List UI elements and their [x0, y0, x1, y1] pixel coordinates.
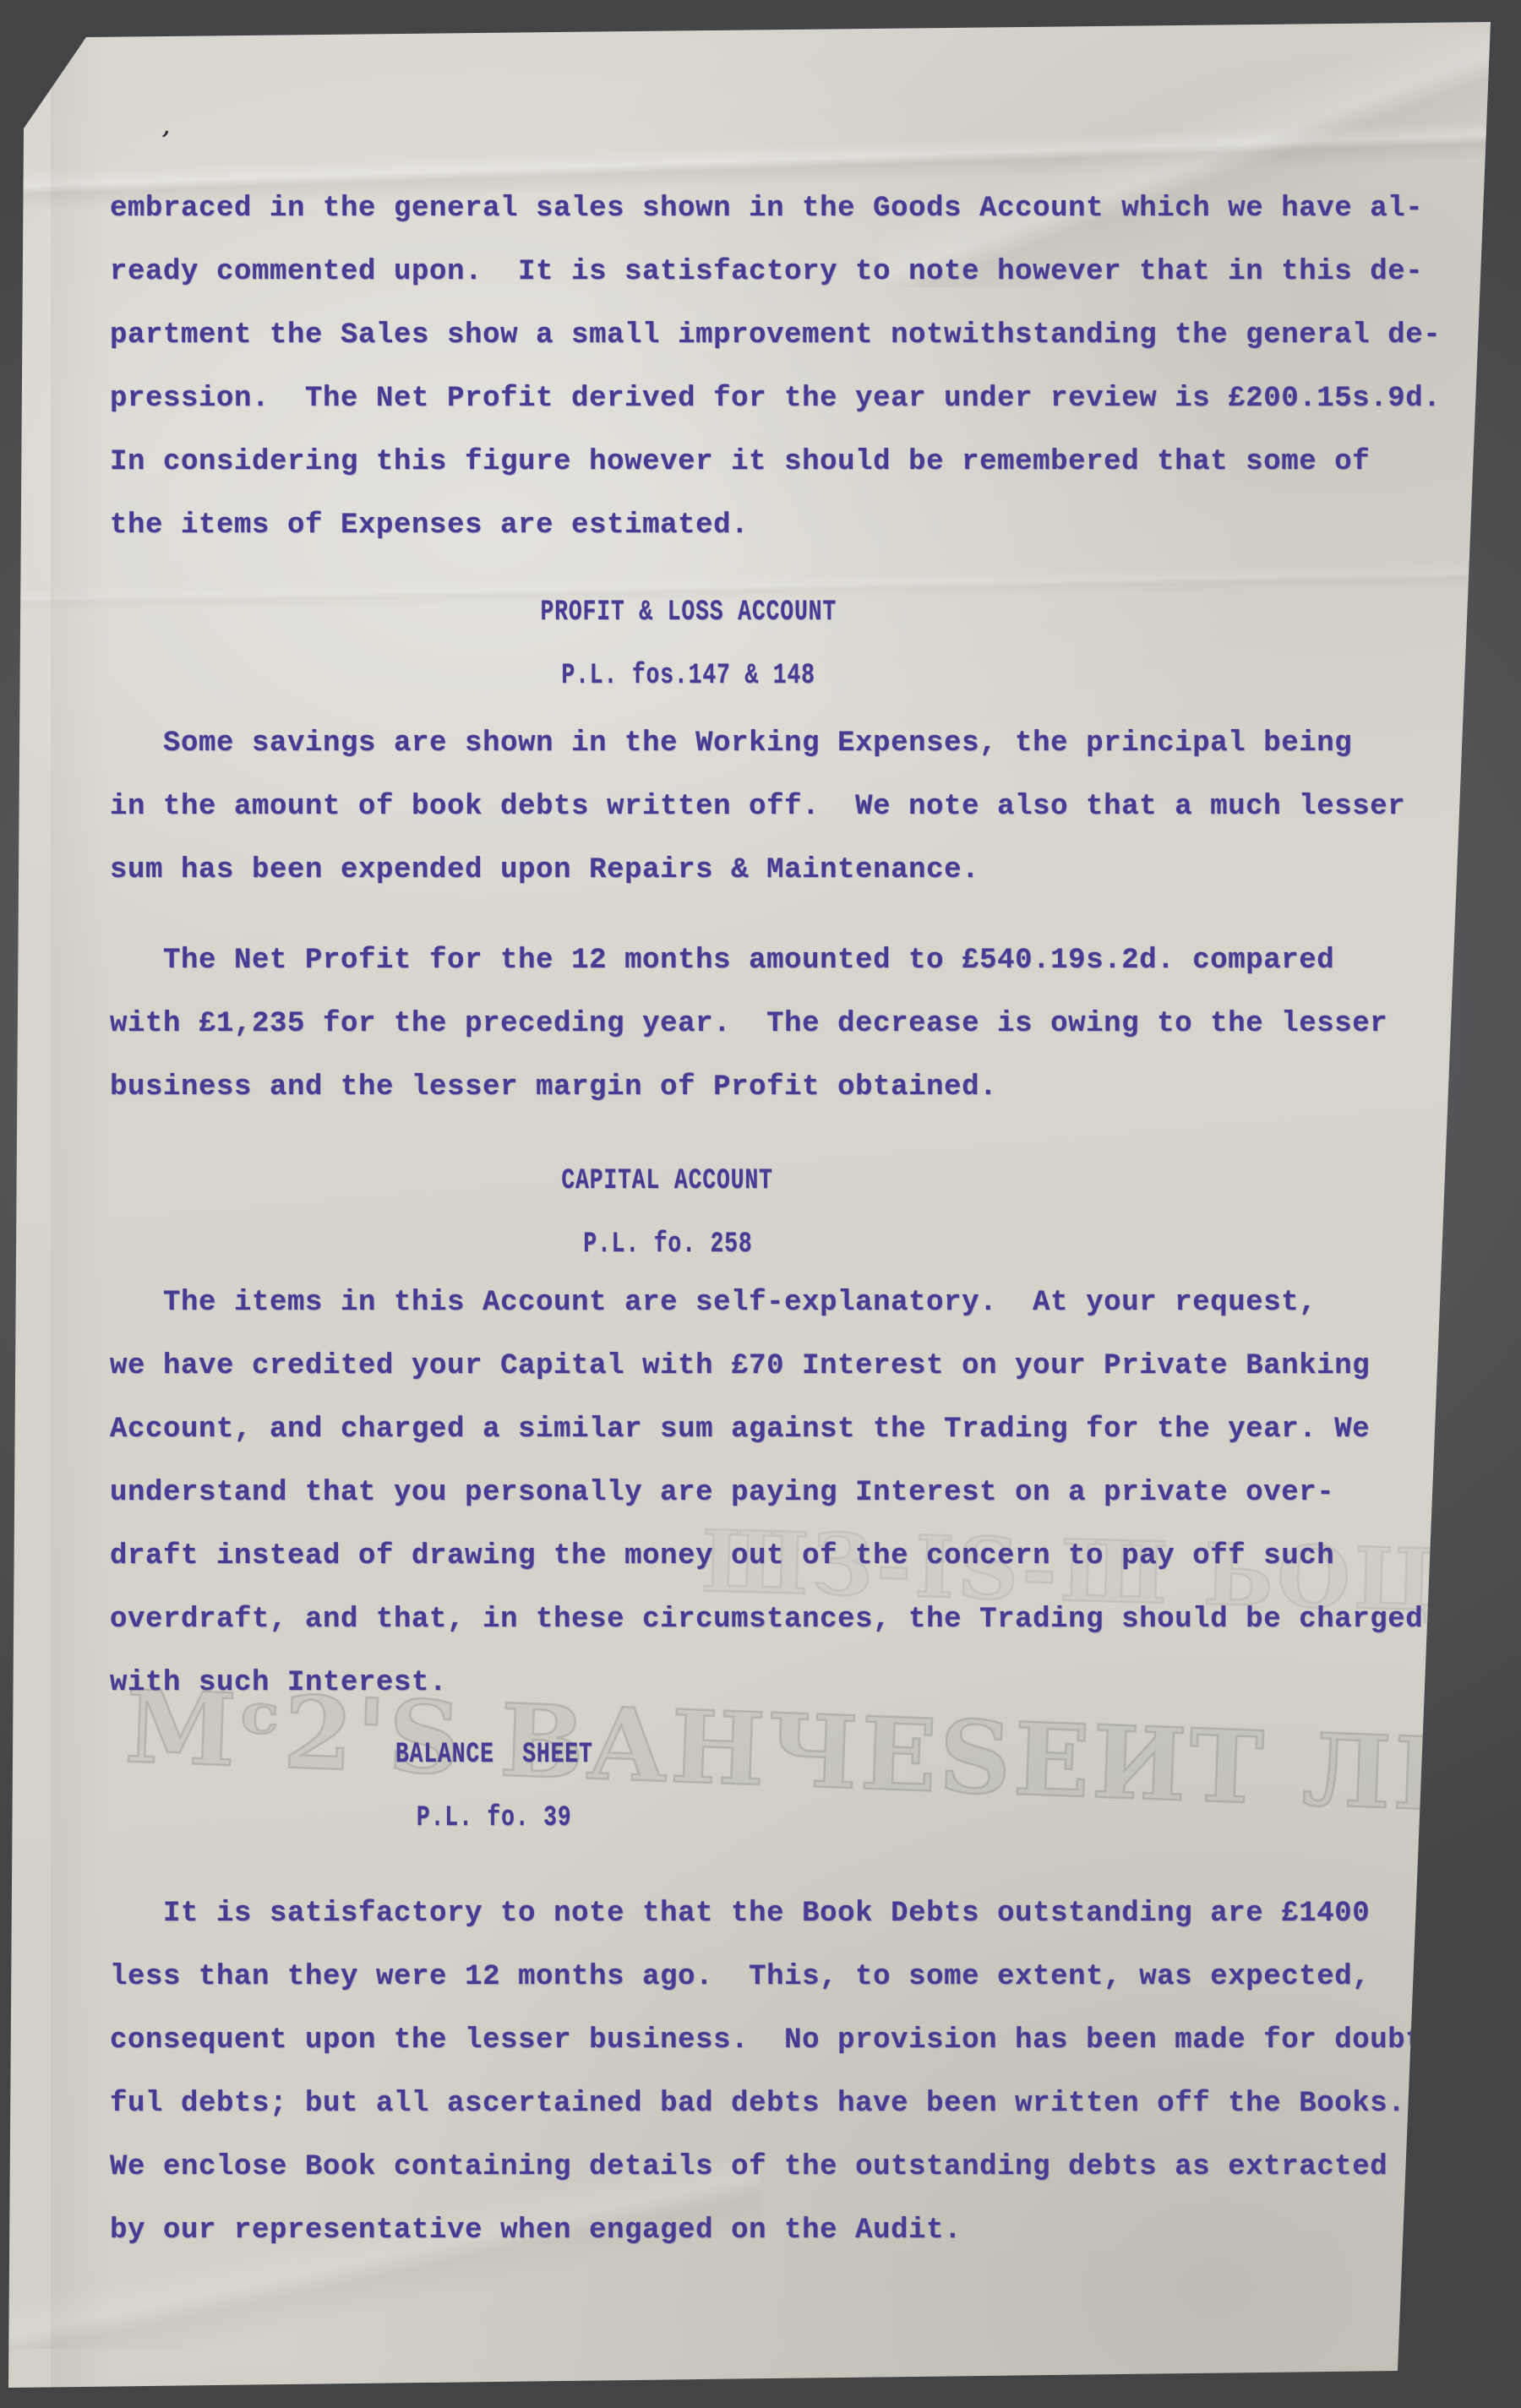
intro-paragraph: embraced in the general sales shown in t…	[110, 177, 1445, 558]
folio-reference-258: P.L. fo. 258	[583, 1213, 752, 1277]
section-folio-capital-account: P.L. fo. 258	[110, 1213, 1225, 1277]
heading-profit-loss-account: PROFIT & LOSS ACCOUNT	[541, 581, 837, 645]
section-heading-capital-account: CAPITAL ACCOUNT	[110, 1150, 1225, 1213]
paragraph-net-profit: The Net Profit for the 12 months amounte…	[110, 929, 1445, 1120]
section-folio-profit-and-loss: P.L. fos.147 & 148	[110, 645, 1267, 708]
section-heading-balance-sheet: BALANCE SHEET	[110, 1724, 879, 1787]
section-heading-profit-and-loss: PROFIT & LOSS ACCOUNT	[110, 581, 1267, 645]
paragraph-working-expenses: Some savings are shown in the Working Ex…	[110, 712, 1445, 902]
folio-reference-39: P.L. fo. 39	[417, 1787, 572, 1850]
heading-balance-sheet: BALANCE SHEET	[395, 1724, 593, 1787]
typewritten-report-body: embraced in the general sales shown in t…	[0, 0, 1445, 2408]
heading-capital-account: CAPITAL ACCOUNT	[562, 1150, 773, 1213]
paragraph-book-debts: It is satisfactory to note that the Book…	[110, 1882, 1445, 2263]
folio-reference-147-148: P.L. fos.147 & 148	[562, 645, 816, 708]
photograph-background-mat: ШЗ-IЅ-Ш ЬОЦ Мᶜ2'Ѕ ВАНЧЕЅЕИТ ЛIИЗИ ’ embr…	[0, 0, 1521, 2408]
section-folio-balance-sheet: P.L. fo. 39	[110, 1787, 879, 1850]
paragraph-capital-interest: The items in this Account are self-expla…	[110, 1272, 1445, 1715]
paper-sheet: ШЗ-IЅ-Ш ЬОЦ Мᶜ2'Ѕ ВАНЧЕЅЕИТ ЛIИЗИ ’ embr…	[0, 0, 1521, 2408]
